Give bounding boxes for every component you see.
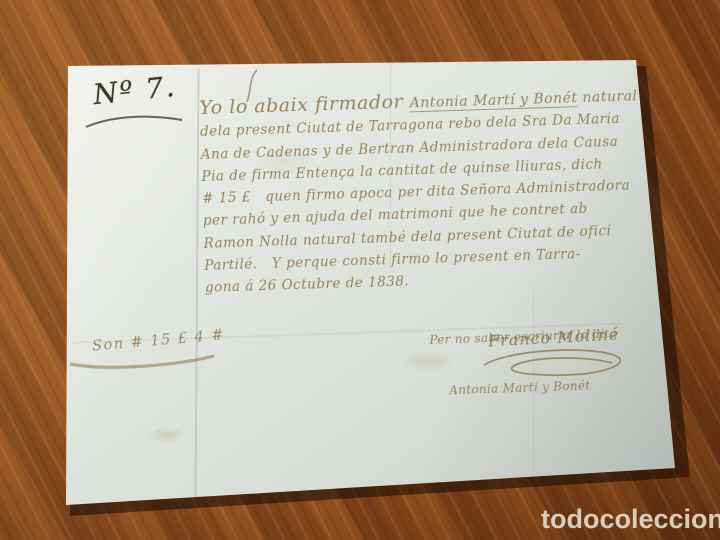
photo: Nº 7. Yo lo abaix firmador Antonia Martí… [0, 0, 720, 540]
watermark: todocoleccion [541, 504, 720, 535]
paper-crease [194, 68, 199, 504]
underlined-name: Antonia Martí y Bonét [409, 90, 577, 112]
attestation-note: Per no saber escriurer la dita Antonia M… [428, 291, 620, 433]
amount-note: Son # 15 £ 4 # [92, 327, 226, 355]
document-paper: Nº 7. Yo lo abaix firmador Antonia Martí… [0, 0, 720, 540]
document-number: Nº 7. [92, 70, 178, 112]
attestation-line: Antonia Martí y Bonét [431, 376, 619, 400]
opening-suffix: natural [577, 88, 637, 106]
paper-stain [150, 428, 184, 442]
handwriting-body: Yo lo abaix firmador Antonia Martí y Bon… [199, 83, 643, 299]
flourish-under-number [84, 112, 188, 132]
